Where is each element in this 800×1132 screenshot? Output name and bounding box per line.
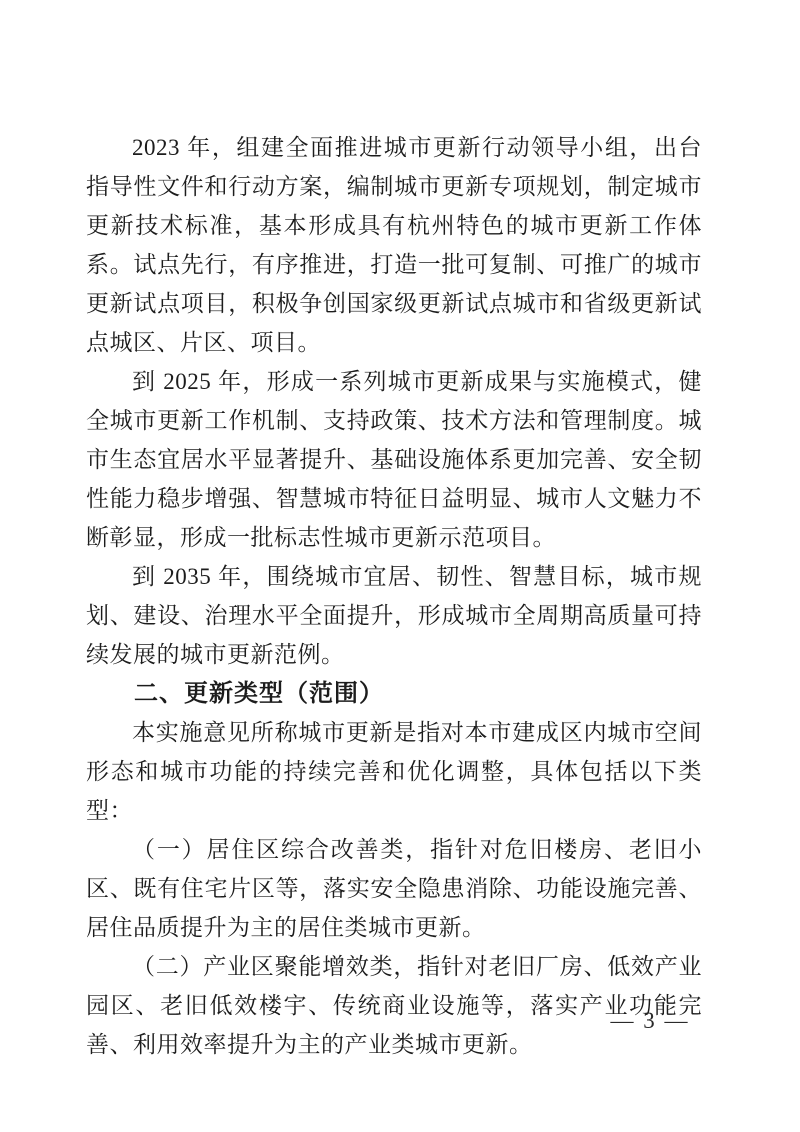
document-body: 2023 年，组建全面推进城市更新行动领导小组，出台指导性文件和行动方案，编制城… — [86, 128, 702, 1064]
page-number: — 3 — — [570, 1006, 730, 1036]
paragraph: 2023 年，组建全面推进城市更新行动领导小组，出台指导性文件和行动方案，编制城… — [86, 128, 702, 362]
document-page: 2023 年，组建全面推进城市更新行动领导小组，出台指导性文件和行动方案，编制城… — [0, 0, 800, 1132]
section-heading: 二、更新类型（范围） — [86, 674, 702, 713]
paragraph: 到 2025 年，形成一系列城市更新成果与实施模式，健全城市更新工作机制、支持政… — [86, 362, 702, 557]
paragraph: （一）居住区综合改善类，指针对危旧楼房、老旧小区、既有住宅片区等，落实安全隐患消… — [86, 830, 702, 947]
paragraph: 到 2035 年，围绕城市宜居、韧性、智慧目标，城市规划、建设、治理水平全面提升… — [86, 557, 702, 674]
paragraph: 本实施意见所称城市更新是指对本市建成区内城市空间形态和城市功能的持续完善和优化调… — [86, 713, 702, 830]
